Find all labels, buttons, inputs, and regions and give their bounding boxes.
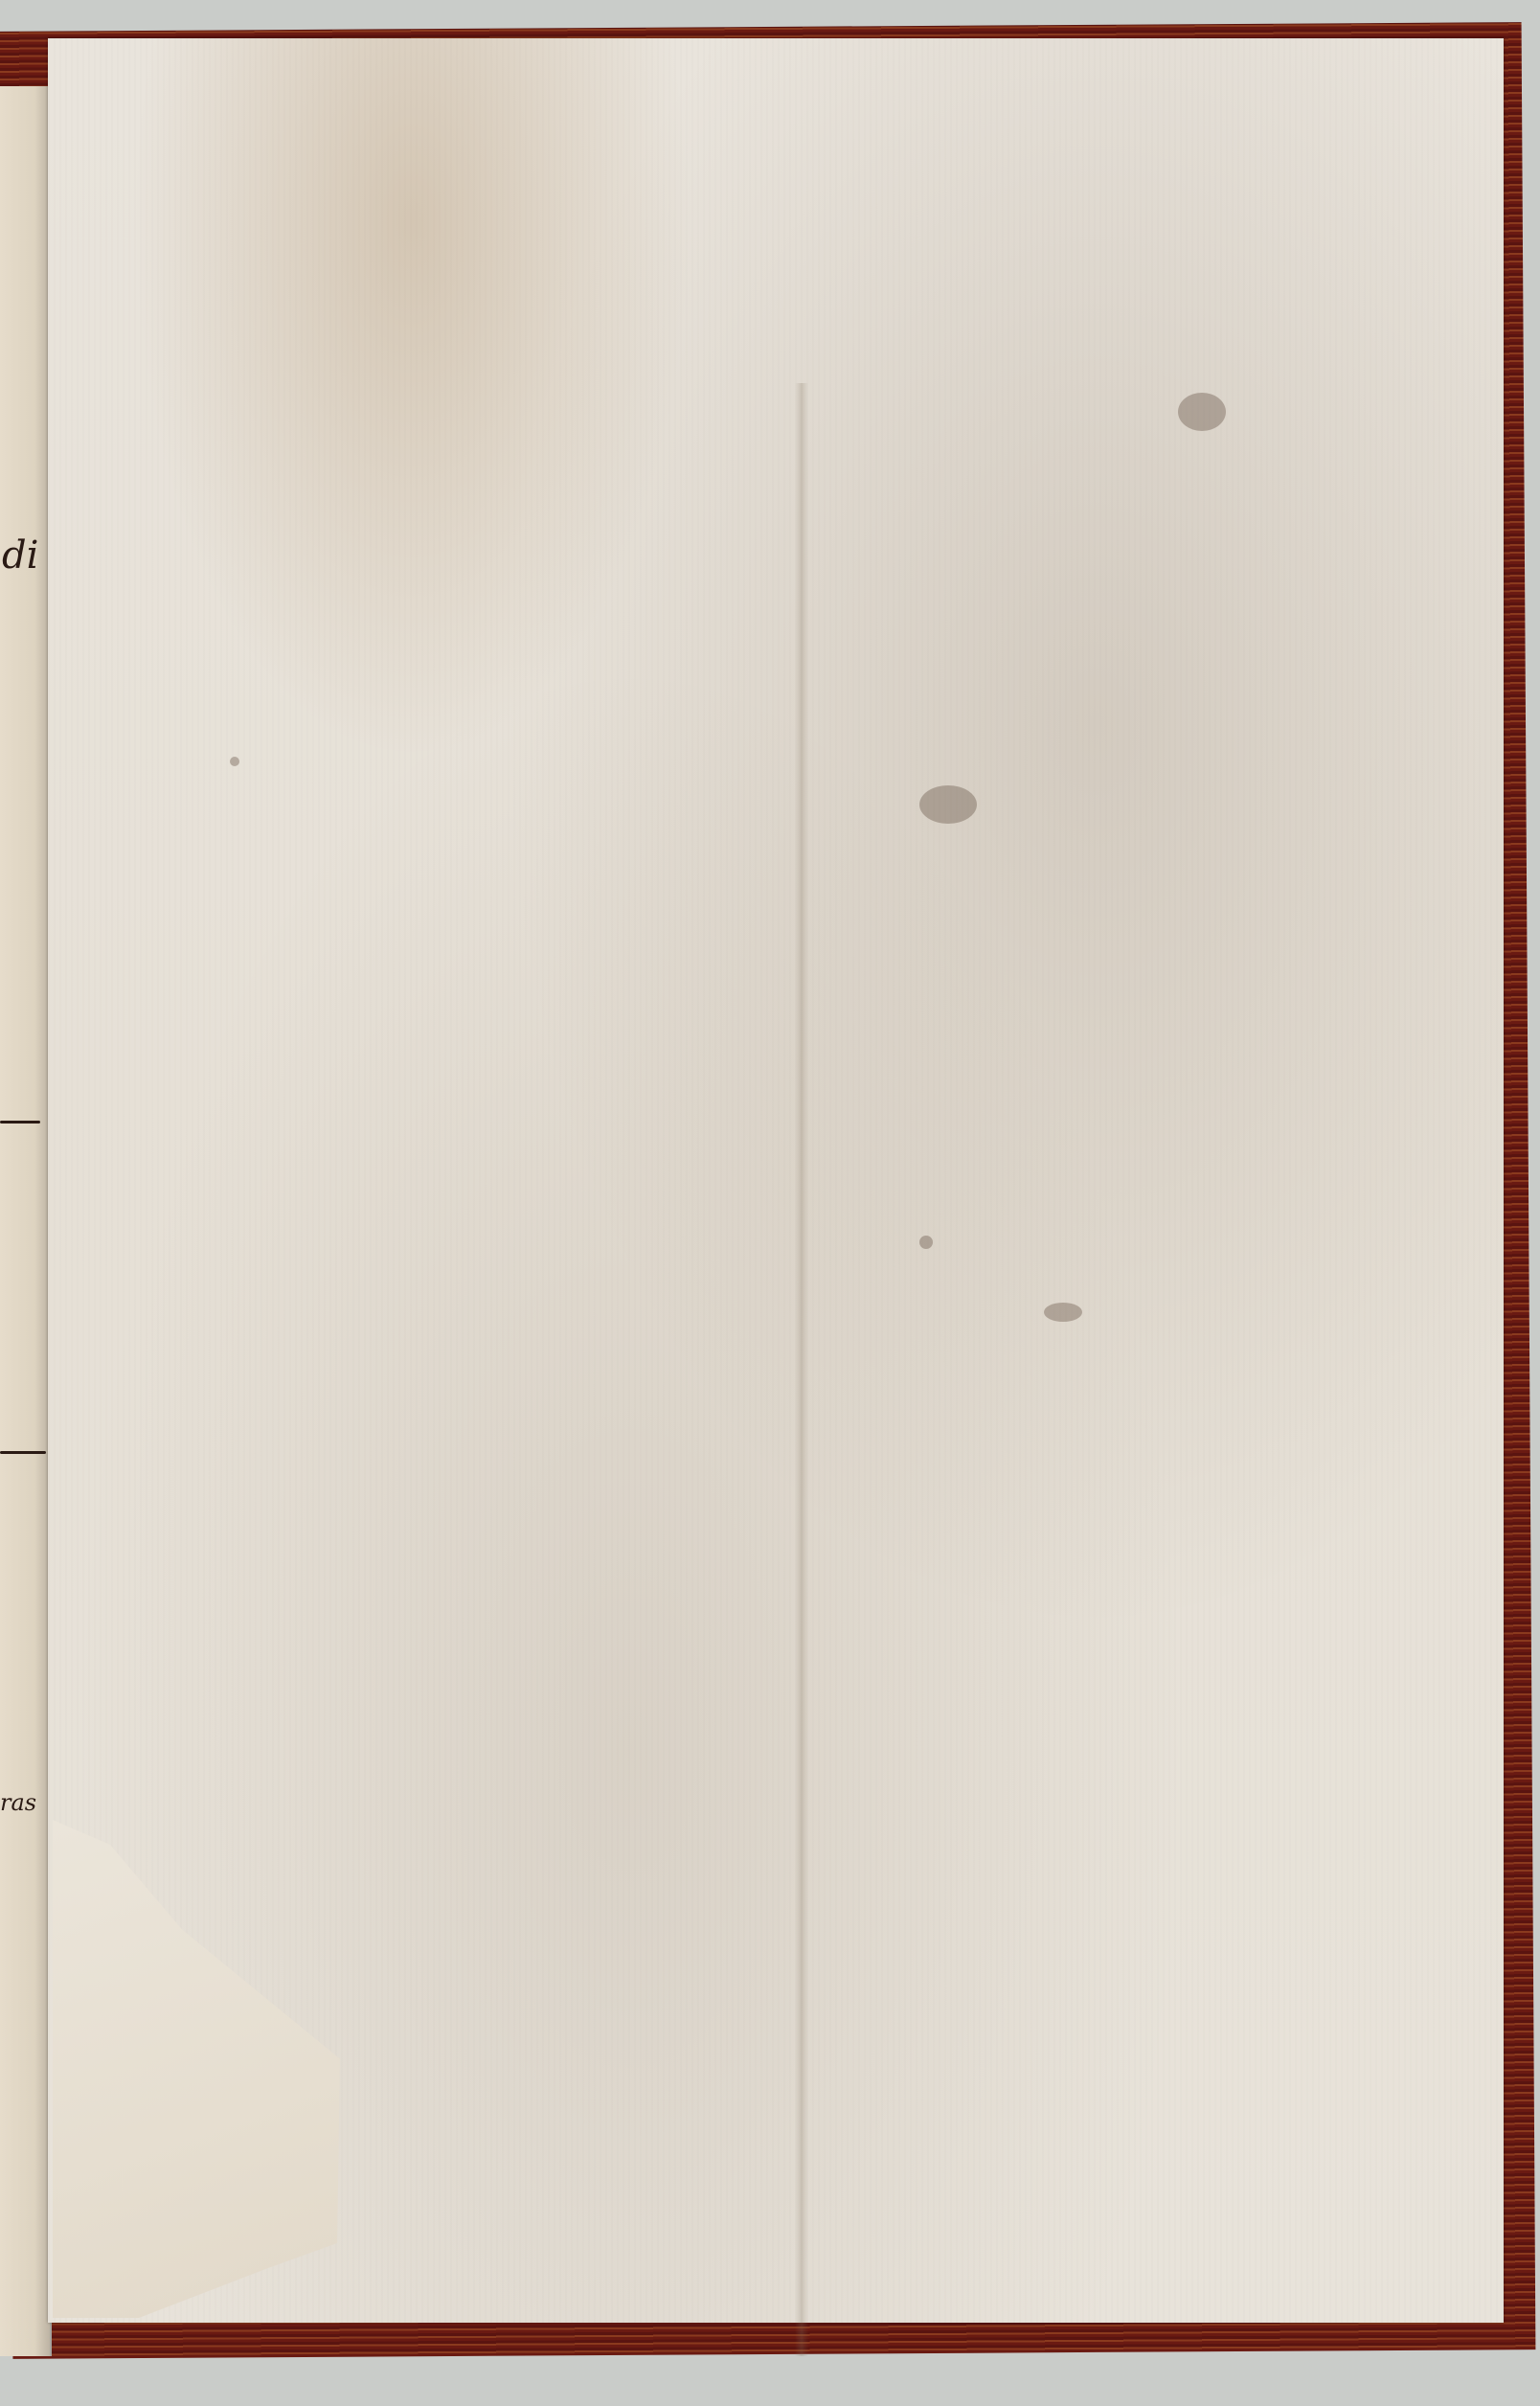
foxing-spot (919, 1236, 933, 1249)
foxing-spot (1044, 1303, 1082, 1322)
margin-handwriting-1: di (2, 536, 38, 575)
foxing-spot (1178, 393, 1226, 431)
page-crease (795, 383, 808, 2356)
adjacent-leaf-edge: di ras (0, 86, 52, 2356)
blank-endpaper (48, 38, 1504, 2323)
margin-ink-stroke-2 (0, 1451, 46, 1454)
margin-handwriting-2: ras (0, 1791, 36, 1814)
margin-ink-stroke-1 (0, 1121, 40, 1124)
scanned-page: di ras (0, 0, 1540, 2406)
foxing-spot (230, 757, 239, 766)
foxing-spot (919, 785, 977, 824)
